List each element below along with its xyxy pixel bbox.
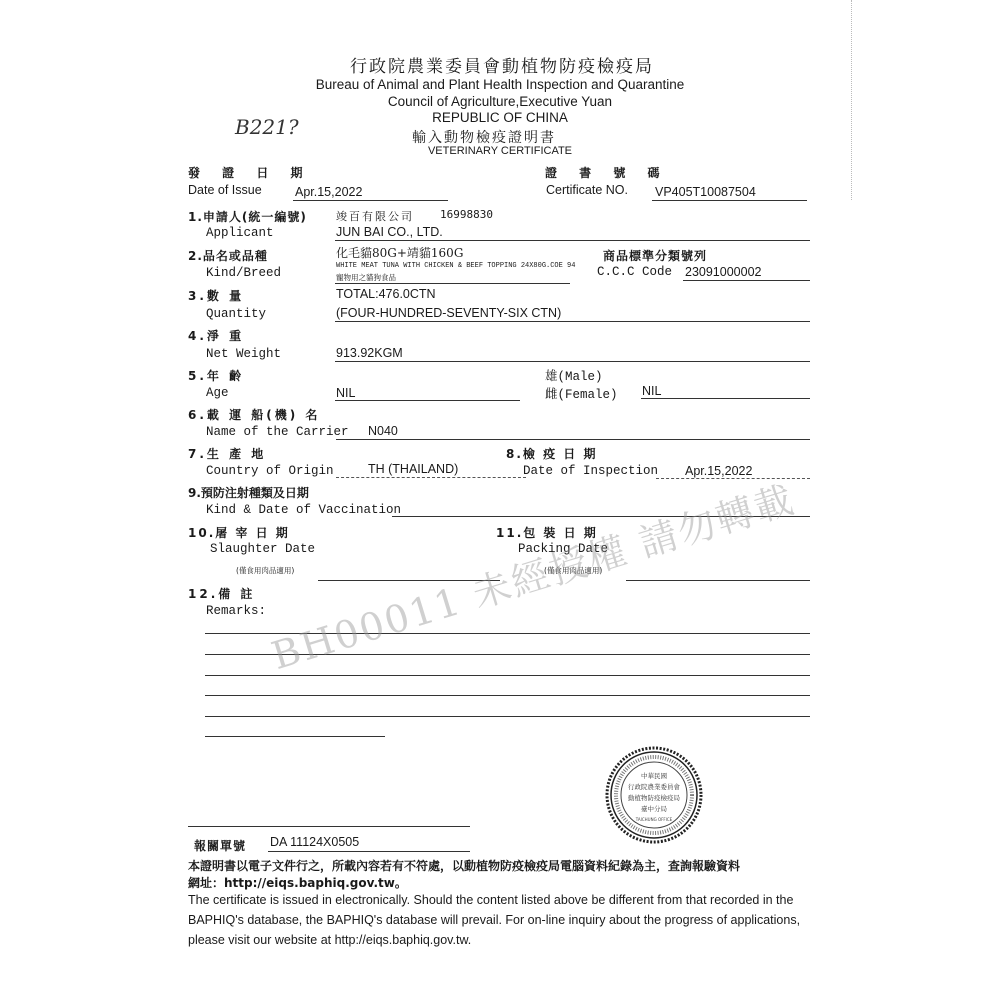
applicant-name-cn: 竣百有限公司 [336,208,414,224]
issue-date-label-cn: 發 證 日 期 [188,164,312,181]
net-weight-label-en: Net Weight [206,347,281,361]
country-name: REPUBLIC OF CHINA [250,110,750,125]
net-weight-value: 913.92KGM [336,346,403,360]
kind-value-note: 寵物用之貓狗食品 [336,272,396,283]
origin-label-cn: 7.生 產 地 [188,445,266,462]
kind-label-cn: 2.品名或品種 [188,247,268,264]
svg-text:動植物防疫檢疫局: 動植物防疫檢疫局 [628,793,681,802]
official-seal-icon: 中華民國 行政院農業委員會 動植物防疫檢疫局 臺中分局 TAICHUNG OFF… [598,745,710,845]
issue-date-value: Apr.15,2022 [295,185,362,199]
applicant-id-number: 16998830 [440,208,493,221]
age-label-cn: 5.年 齡 [188,367,244,384]
issue-date-label-en: Date of Issue [188,183,262,197]
ccc-label-cn: 商品標準分類號列 [603,247,707,264]
applicant-label-en: Applicant [206,226,274,240]
inspection-value: Apr.15,2022 [685,464,752,478]
certificate-no-value: VP405T10087504 [655,185,756,199]
customs-value: DA 11124X0505 [270,835,359,849]
inspection-label-en: Date of Inspection [523,464,658,478]
ccc-value: 23091000002 [685,265,761,279]
quantity-label-en: Quantity [206,307,266,321]
inspection-label-cn: 8.檢 疫 日 期 [506,445,597,462]
watermark: BH00011 未經授權 請勿轉載 [264,468,800,680]
carrier-label-en: Name of the Carrier [206,425,349,439]
female-label: 雌(Female) [545,384,618,402]
certificate-no-label-en: Certificate NO. [546,183,628,197]
certificate-no-label-cn: 證 書 號 碼 [545,164,669,181]
origin-label-en: Country of Origin [206,464,334,478]
remarks-label-en: Remarks: [206,604,266,618]
svg-text:臺中分局: 臺中分局 [641,804,668,813]
remarks-label-cn: 12.備 註 [188,585,255,602]
carrier-value: N040 [368,424,398,438]
council-name: Council of Agriculture,Executive Yuan [250,94,750,109]
agency-name-en: Bureau of Animal and Plant Health Inspec… [250,77,750,92]
quantity-label-cn: 3.數 量 [188,287,244,304]
slaughter-note: (僅食用肉品適用) [236,565,294,576]
applicant-label-cn: 1.申請人(統一編號) [188,208,307,225]
quantity-total: TOTAL:476.0CTN [336,287,436,301]
vaccination-label-cn: 9.預防注射種類及日期 [188,484,309,501]
age-label-en: Age [206,386,229,400]
kind-value-en: WHITE MEAT TUNA WITH CHICKEN & BEEF TOPP… [336,262,575,270]
doc-title-cn: 輸入動物檢疫證明書 [412,127,556,147]
carrier-label-cn: 6.載 運 船(機) 名 [188,406,320,423]
agency-name-cn: 行政院農業委員會動植物防疫檢疫局 [350,52,654,77]
customs-label-cn: 報關單號 [194,837,246,854]
age-value: NIL [336,386,355,400]
notice-cn-line2: 網址：http://eiqs.baphiq.gov.tw。 [188,874,407,891]
origin-value: TH (THAILAND) [368,462,458,476]
scan-edge [851,0,852,200]
quantity-words: (FOUR-HUNDRED-SEVENTY-SIX CTN) [336,306,561,320]
notice-cn-line1: 本證明書以電子文件行之，所載內容若有不符處，以動植物防疫檢疫局電腦資料紀錄為主，… [188,857,740,874]
vaccination-label-en: Kind & Date of Vaccination [206,503,401,517]
sex-value: NIL [642,384,661,398]
handwritten-note: B221? [235,115,299,139]
svg-text:中華民國: 中華民國 [641,771,668,780]
kind-label-en: Kind/Breed [206,266,281,280]
slaughter-label-cn: 10.屠 宰 日 期 [188,524,290,541]
applicant-name-en: JUN BAI CO., LTD. [336,225,443,239]
ccc-label-en: C.C.C Code [597,265,672,279]
kind-value-cn: 化毛貓80G+靖貓160G [336,244,463,261]
doc-title-en: VETERINARY CERTIFICATE [250,145,750,157]
svg-text:TAICHUNG OFFICE: TAICHUNG OFFICE [635,817,673,822]
male-label: 雄(Male) [545,366,603,384]
notice-en: The certificate is issued in electronica… [188,890,828,950]
net-weight-label-cn: 4.淨 重 [188,327,244,344]
svg-text:行政院農業委員會: 行政院農業委員會 [628,782,681,791]
slaughter-label-en: Slaughter Date [210,542,315,556]
